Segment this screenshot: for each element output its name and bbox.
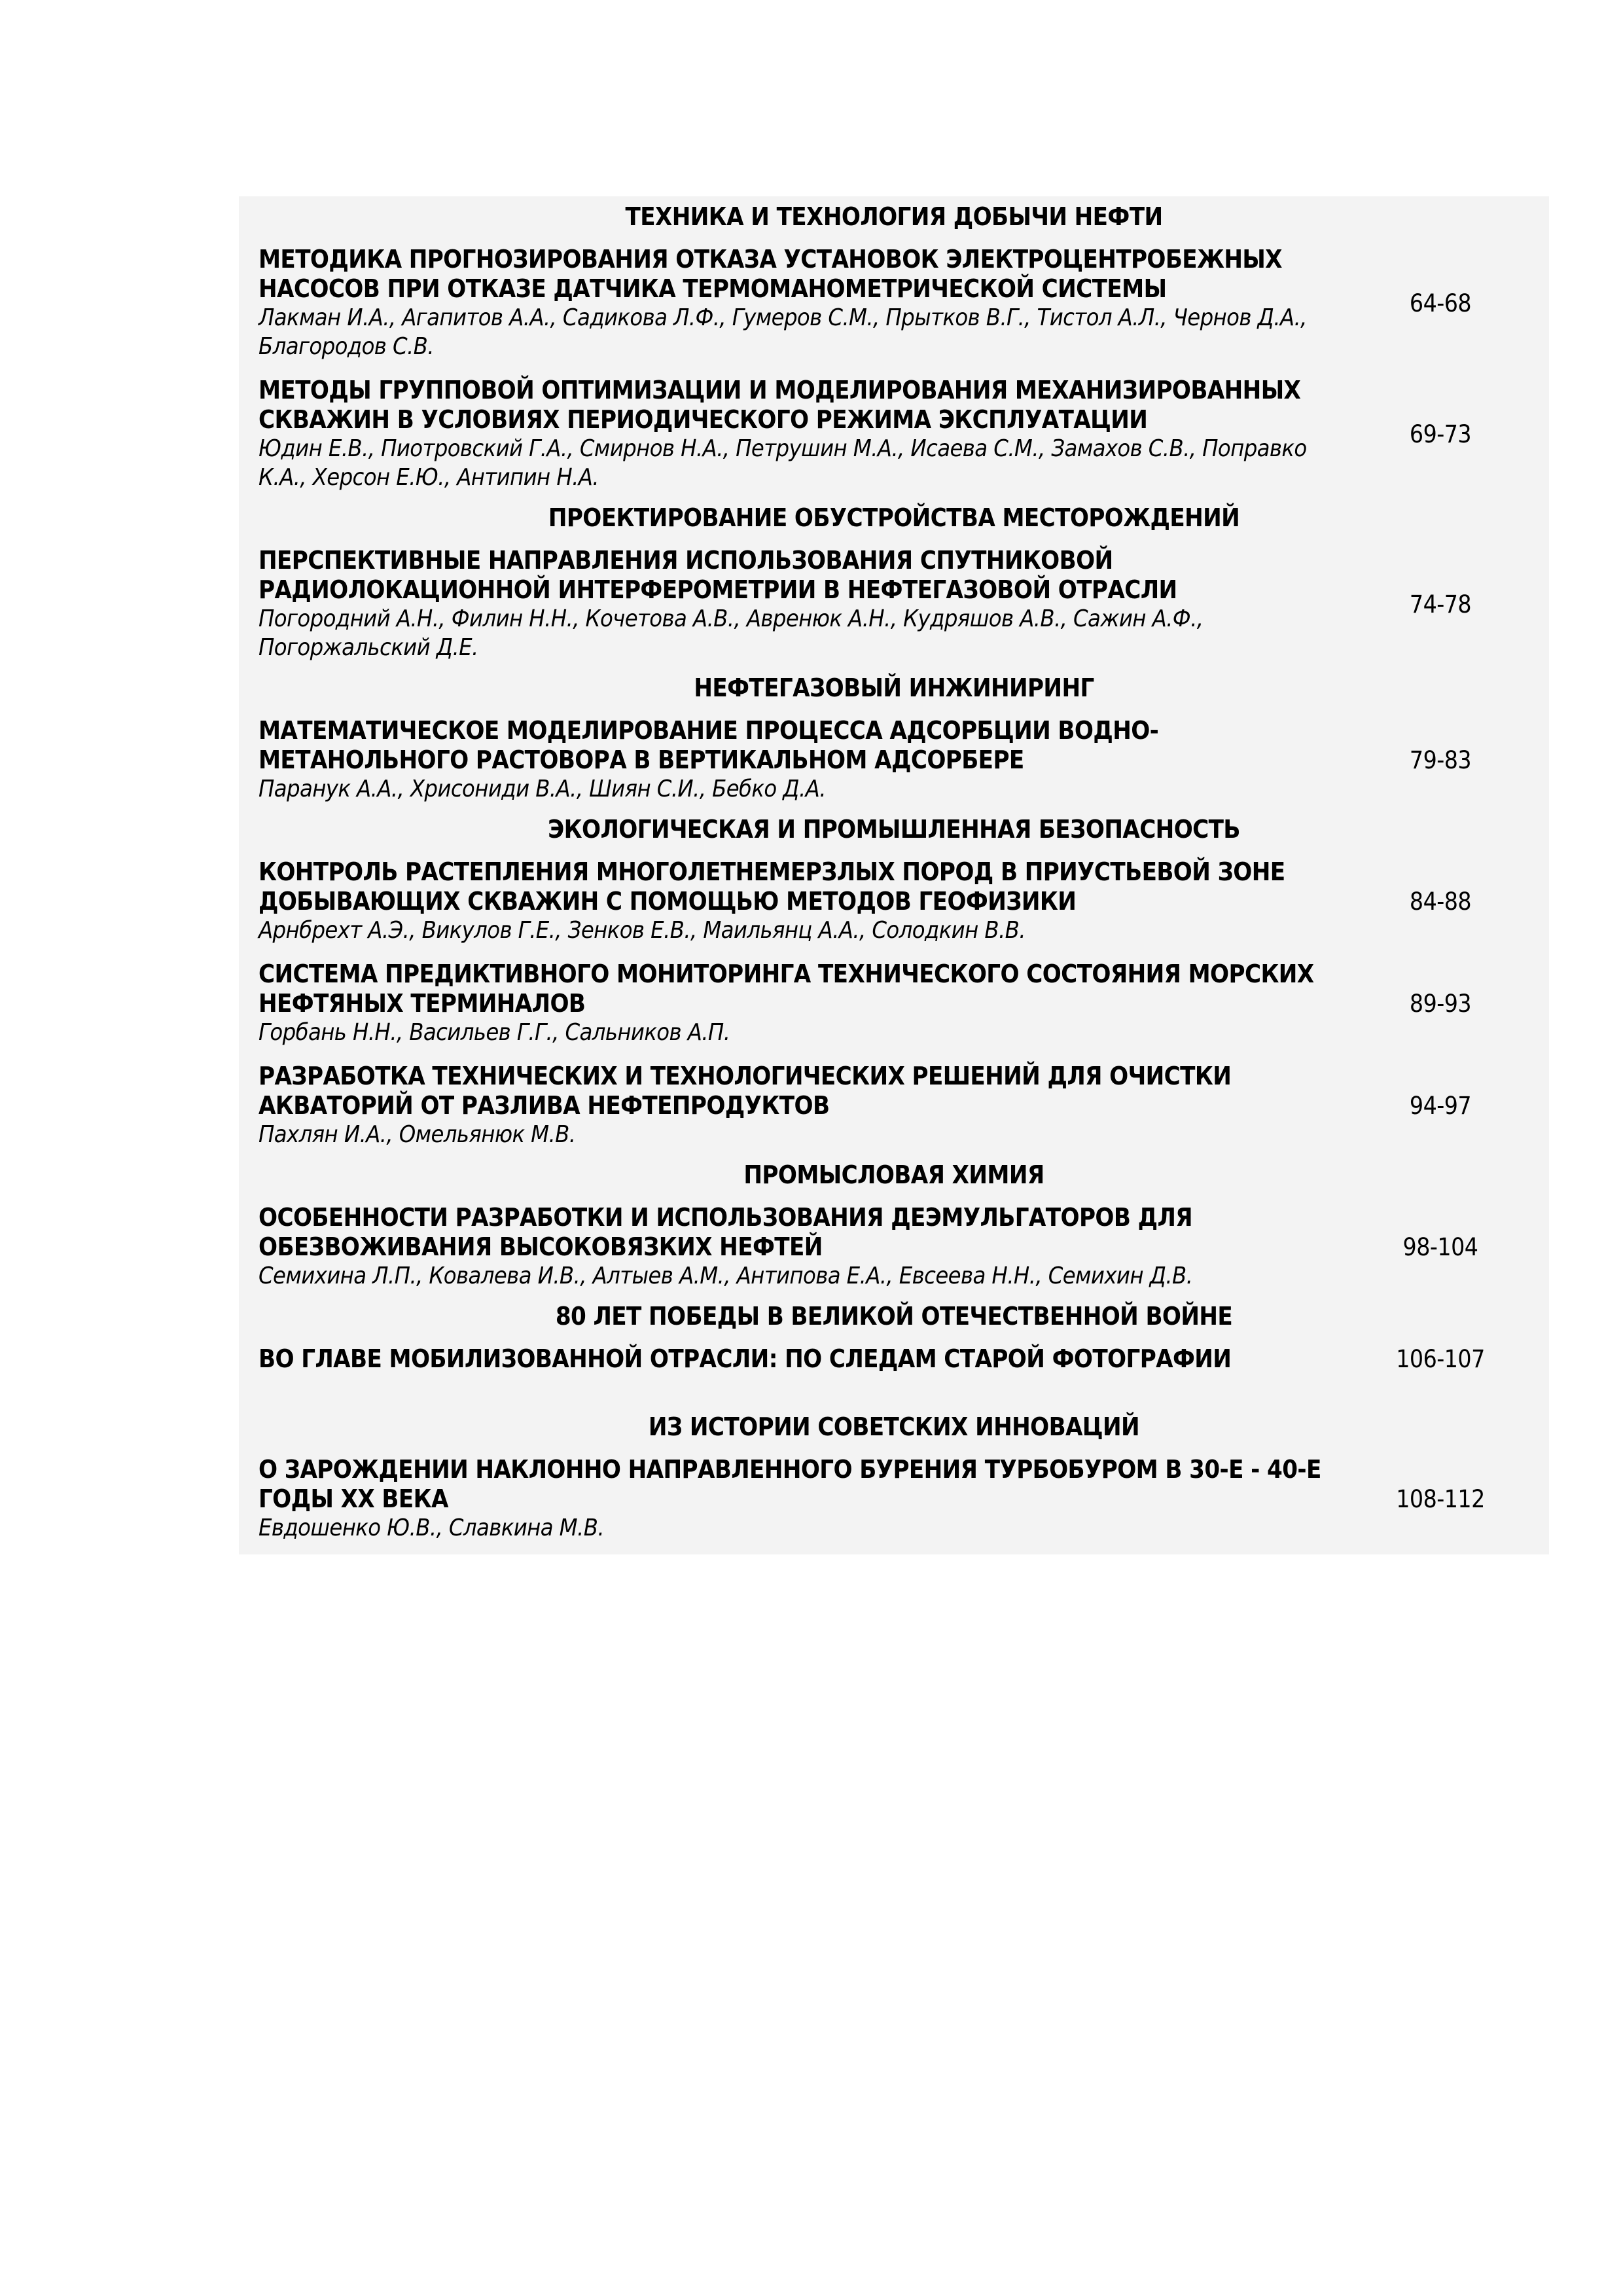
toc-entry[interactable]: ВО ГЛАВЕ МОБИЛИЗОВАННОЙ ОТРАСЛИ: ПО СЛЕД…	[239, 1335, 1549, 1407]
article-title: РАЗРАБОТКА ТЕХНИЧЕСКИХ И ТЕХНОЛОГИЧЕСКИХ…	[259, 1062, 1358, 1121]
article-title: ВО ГЛАВЕ МОБИЛИЗОВАННОЙ ОТРАСЛИ: ПО СЛЕД…	[259, 1344, 1358, 1374]
toc-entry[interactable]: КОНТРОЛЬ РАСТЕПЛЕНИЯ МНОГОЛЕТНЕМЕРЗЛЫХ П…	[239, 848, 1549, 950]
toc-entry[interactable]: МЕТОДЫ ГРУППОВОЙ ОПТИМИЗАЦИИ И МОДЕЛИРОВ…	[239, 367, 1549, 497]
section-heading: НЕФТЕГАЗОВЫЙ ИНЖИНИРИНГ	[239, 668, 1549, 707]
article-authors: Пахлян И.А., Омельянюк М.В.	[259, 1121, 1358, 1149]
section-heading: ПРОЕКТИРОВАНИЕ ОБУСТРОЙСТВА МЕСТОРОЖДЕНИ…	[239, 497, 1549, 537]
article-authors: Арнбрехт А.Э., Викулов Г.Е., Зенков Е.В.…	[259, 916, 1358, 945]
article-authors: Паранук А.А., Хрисониди В.А., Шиян С.И.,…	[259, 775, 1358, 804]
article-title: ОСОБЕННОСТИ РАЗРАБОТКИ И ИСПОЛЬЗОВАНИЯ Д…	[259, 1203, 1358, 1262]
section-heading: ИЗ ИСТОРИИ СОВЕТСКИХ ИННОВАЦИЙ	[239, 1407, 1549, 1446]
table-of-contents: ТЕХНИКА И ТЕХНОЛОГИЯ ДОБЫЧИ НЕФТИ МЕТОДИ…	[239, 196, 1549, 1554]
article-title: МЕТОДИКА ПРОГНОЗИРОВАНИЯ ОТКАЗА УСТАНОВО…	[259, 245, 1358, 304]
toc-section: НЕФТЕГАЗОВЫЙ ИНЖИНИРИНГ МАТЕМАТИЧЕСКОЕ М…	[239, 668, 1549, 809]
toc-section: ТЕХНИКА И ТЕХНОЛОГИЯ ДОБЫЧИ НЕФТИ МЕТОДИ…	[239, 196, 1549, 497]
article-pages: 106-107	[1358, 1345, 1549, 1373]
article-pages: 74-78	[1358, 590, 1549, 619]
article-title: МАТЕМАТИЧЕСКОЕ МОДЕЛИРОВАНИЕ ПРОЦЕССА АД…	[259, 716, 1358, 775]
toc-section: ПРОМЫСЛОВАЯ ХИМИЯ ОСОБЕННОСТИ РАЗРАБОТКИ…	[239, 1155, 1549, 1296]
article-title: СИСТЕМА ПРЕДИКТИВНОГО МОНИТОРИНГА ТЕХНИЧ…	[259, 960, 1358, 1018]
toc-entry[interactable]: РАЗРАБОТКА ТЕХНИЧЕСКИХ И ТЕХНОЛОГИЧЕСКИХ…	[239, 1052, 1549, 1155]
article-pages: 69-73	[1358, 420, 1549, 448]
article-title: ПЕРСПЕКТИВНЫЕ НАПРАВЛЕНИЯ ИСПОЛЬЗОВАНИЯ …	[259, 546, 1358, 605]
section-heading: 80 ЛЕТ ПОБЕДЫ В ВЕЛИКОЙ ОТЕЧЕСТВЕННОЙ ВО…	[239, 1296, 1549, 1335]
toc-section: ИЗ ИСТОРИИ СОВЕТСКИХ ИННОВАЦИЙ О ЗАРОЖДЕ…	[239, 1407, 1549, 1548]
article-authors: Лакман И.А., Агапитов А.А., Садикова Л.Ф…	[259, 304, 1358, 361]
section-heading: ТЕХНИКА И ТЕХНОЛОГИЯ ДОБЫЧИ НЕФТИ	[239, 196, 1549, 236]
article-authors: Юдин Е.В., Пиотровский Г.А., Смирнов Н.А…	[259, 435, 1358, 492]
article-pages: 108-112	[1358, 1485, 1549, 1513]
toc-entry[interactable]: ПЕРСПЕКТИВНЫЕ НАПРАВЛЕНИЯ ИСПОЛЬЗОВАНИЯ …	[239, 537, 1549, 668]
article-title: КОНТРОЛЬ РАСТЕПЛЕНИЯ МНОГОЛЕТНЕМЕРЗЛЫХ П…	[259, 857, 1358, 916]
article-title: МЕТОДЫ ГРУППОВОЙ ОПТИМИЗАЦИИ И МОДЕЛИРОВ…	[259, 376, 1358, 435]
article-authors: Погородний А.Н., Филин Н.Н., Кочетова А.…	[259, 605, 1358, 662]
article-pages: 94-97	[1358, 1092, 1549, 1120]
toc-entry[interactable]: СИСТЕМА ПРЕДИКТИВНОГО МОНИТОРИНГА ТЕХНИЧ…	[239, 950, 1549, 1052]
toc-section: 80 ЛЕТ ПОБЕДЫ В ВЕЛИКОЙ ОТЕЧЕСТВЕННОЙ ВО…	[239, 1296, 1549, 1407]
article-pages: 64-68	[1358, 289, 1549, 317]
section-heading: ЭКОЛОГИЧЕСКАЯ И ПРОМЫШЛЕННАЯ БЕЗОПАСНОСТ…	[239, 809, 1549, 848]
article-title: О ЗАРОЖДЕНИИ НАКЛОННО НАПРАВЛЕННОГО БУРЕ…	[259, 1455, 1358, 1514]
article-pages: 84-88	[1358, 888, 1549, 916]
toc-section: ПРОЕКТИРОВАНИЕ ОБУСТРОЙСТВА МЕСТОРОЖДЕНИ…	[239, 497, 1549, 668]
article-authors: Горбань Н.Н., Васильев Г.Г., Сальников А…	[259, 1018, 1358, 1047]
toc-section: ЭКОЛОГИЧЕСКАЯ И ПРОМЫШЛЕННАЯ БЕЗОПАСНОСТ…	[239, 809, 1549, 1155]
article-pages: 98-104	[1358, 1233, 1549, 1261]
toc-entry[interactable]: МЕТОДИКА ПРОГНОЗИРОВАНИЯ ОТКАЗА УСТАНОВО…	[239, 236, 1549, 367]
article-authors: Евдошенко Ю.В., Славкина М.В.	[259, 1514, 1358, 1543]
article-pages: 79-83	[1358, 746, 1549, 774]
toc-entry[interactable]: О ЗАРОЖДЕНИИ НАКЛОННО НАПРАВЛЕННОГО БУРЕ…	[239, 1446, 1549, 1548]
article-pages: 89-93	[1358, 990, 1549, 1018]
toc-entry[interactable]: ОСОБЕННОСТИ РАЗРАБОТКИ И ИСПОЛЬЗОВАНИЯ Д…	[239, 1194, 1549, 1296]
section-heading: ПРОМЫСЛОВАЯ ХИМИЯ	[239, 1155, 1549, 1194]
article-authors: Семихина Л.П., Ковалева И.В., Алтыев А.М…	[259, 1262, 1358, 1291]
toc-entry[interactable]: МАТЕМАТИЧЕСКОЕ МОДЕЛИРОВАНИЕ ПРОЦЕССА АД…	[239, 707, 1549, 809]
